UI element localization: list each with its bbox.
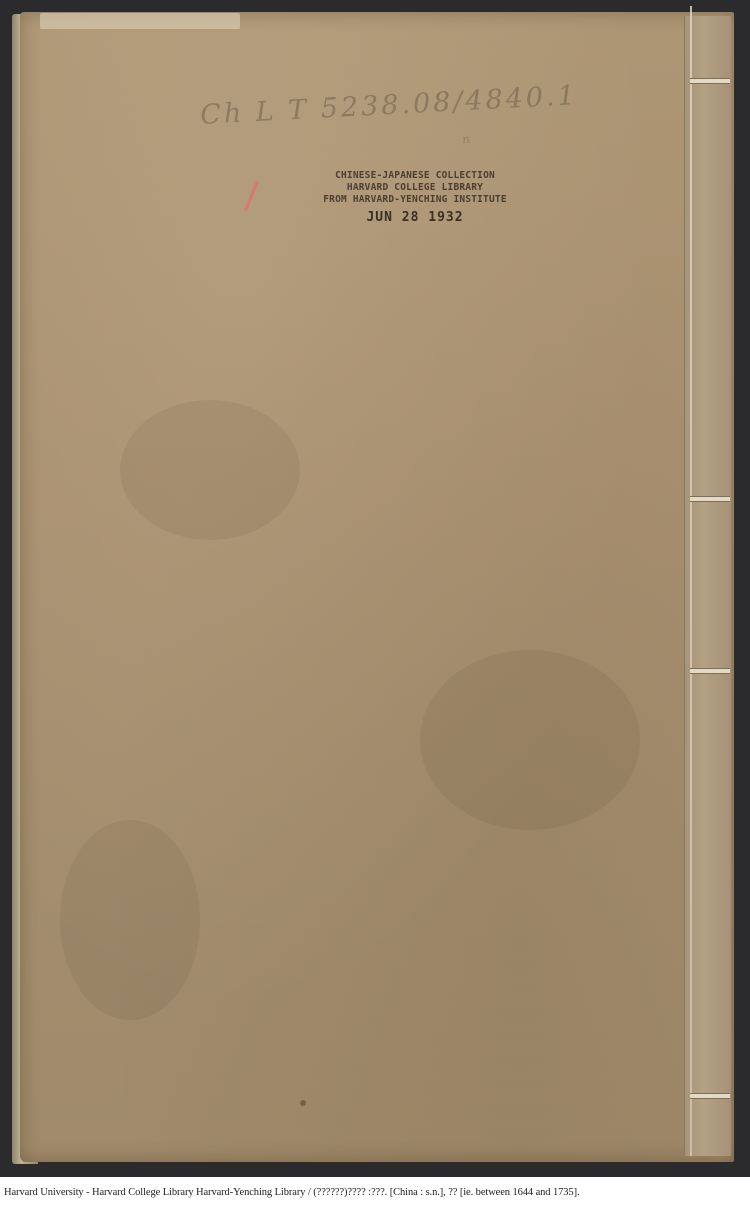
paper-spot bbox=[300, 1100, 306, 1106]
binding-thread bbox=[690, 6, 692, 1156]
binding-stitch bbox=[690, 1093, 730, 1099]
stamp-date: JUN 28 1932 bbox=[300, 210, 530, 225]
image-caption: Harvard University - Harvard College Lib… bbox=[0, 1187, 750, 1205]
binding-stitch bbox=[690, 78, 730, 84]
binding-stitch bbox=[690, 496, 730, 502]
handwritten-mark: n bbox=[461, 131, 472, 146]
paper-stain bbox=[420, 650, 640, 830]
library-accession-stamp: CHINESE-JAPANESE COLLECTION HARVARD COLL… bbox=[300, 170, 530, 225]
stamp-line-source: FROM HARVARD-YENCHING INSTITUTE bbox=[300, 194, 530, 206]
scanned-page-image: Ch L T 5238.08/4840.1 n CHINESE-JAPANESE… bbox=[0, 0, 750, 1177]
binding-stitch bbox=[690, 668, 730, 674]
stamp-line-library: HARVARD COLLEGE LIBRARY bbox=[300, 182, 530, 194]
paper-stain bbox=[120, 400, 300, 540]
stamp-line-collection: CHINESE-JAPANESE COLLECTION bbox=[300, 170, 530, 182]
worn-top-edge bbox=[40, 13, 240, 29]
paper-stain bbox=[60, 820, 200, 1020]
